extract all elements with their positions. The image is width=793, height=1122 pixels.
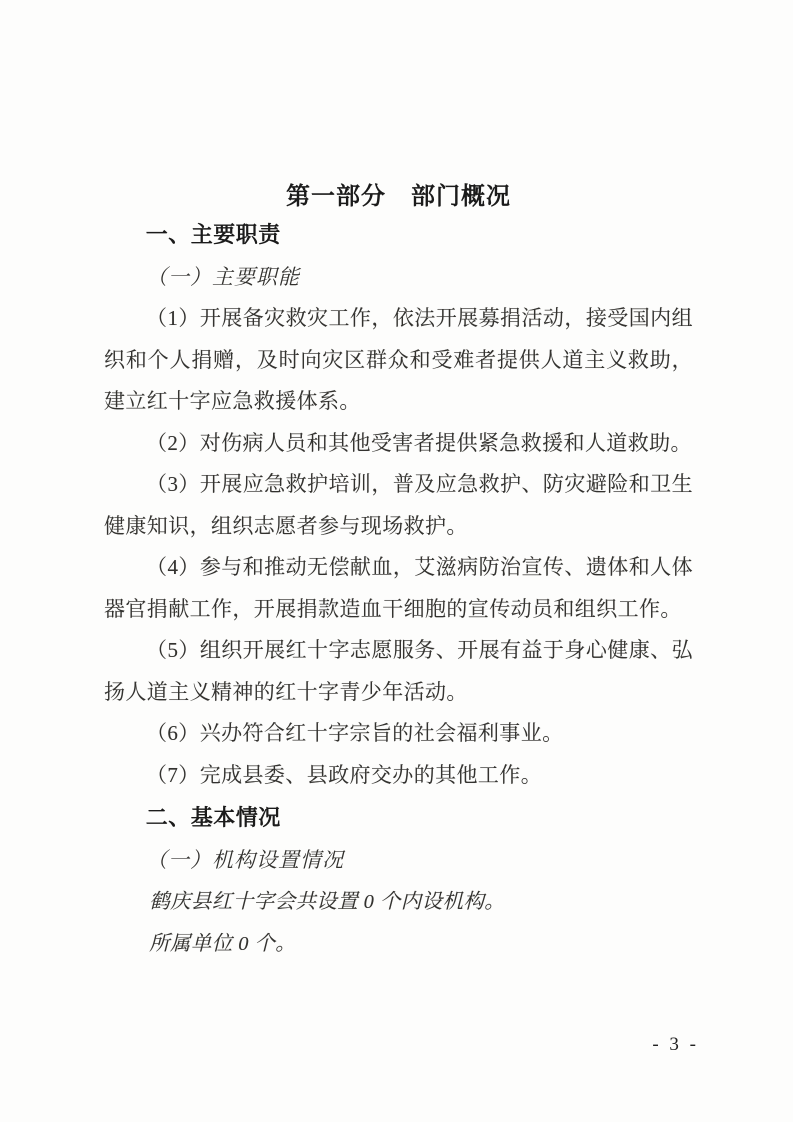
section-heading-main-duties: 一、主要职责: [104, 214, 693, 256]
section-heading-basic-situation: 二、基本情况: [104, 796, 693, 839]
subsection-heading-org-setup: （一）机构设置情况: [104, 839, 693, 882]
duty-paragraph-7: （7）完成县委、县政府交办的其他工作。: [104, 755, 693, 797]
duty-paragraph-2: （2）对伤病人员和其他受害者提供紧急救援和人道救助。: [104, 423, 693, 465]
document-page: 第一部分 部门概况 一、主要职责 （一）主要职能 （1）开展备灾救灾工作，依法开…: [0, 0, 793, 1122]
duty-paragraph-3: （3）开展应急救护培训，普及应急救护、防灾避险和卫生健康知识，组织志愿者参与现场…: [104, 464, 693, 547]
duty-paragraph-5: （5）组织开展红十字志愿服务、开展有益于身心健康、弘扬人道主义精神的红十字青少年…: [104, 630, 693, 713]
duty-paragraph-1: （1）开展备灾救灾工作，依法开展募捐活动，接受国内组织和个人捐赠，及时向灾区群众…: [104, 298, 693, 423]
subsection-heading-main-functions: （一）主要职能: [104, 256, 693, 298]
duty-paragraph-4: （4）参与和推动无偿献血，艾滋病防治宣传、遗体和人体器官捐献工作，开展捐款造血干…: [104, 547, 693, 630]
document-title: 第一部分 部门概况: [104, 180, 693, 214]
org-setup-paragraph-2: 所属单位 0 个。: [104, 924, 693, 966]
page-number: - 3 -: [652, 1032, 699, 1058]
duty-paragraph-6: （6）兴办符合红十字宗旨的社会福利事业。: [104, 713, 693, 755]
document-body: 第一部分 部门概况 一、主要职责 （一）主要职能 （1）开展备灾救灾工作，依法开…: [104, 180, 693, 965]
org-setup-paragraph-1: 鹤庆县红十字会共设置 0 个内设机构。: [104, 882, 693, 924]
